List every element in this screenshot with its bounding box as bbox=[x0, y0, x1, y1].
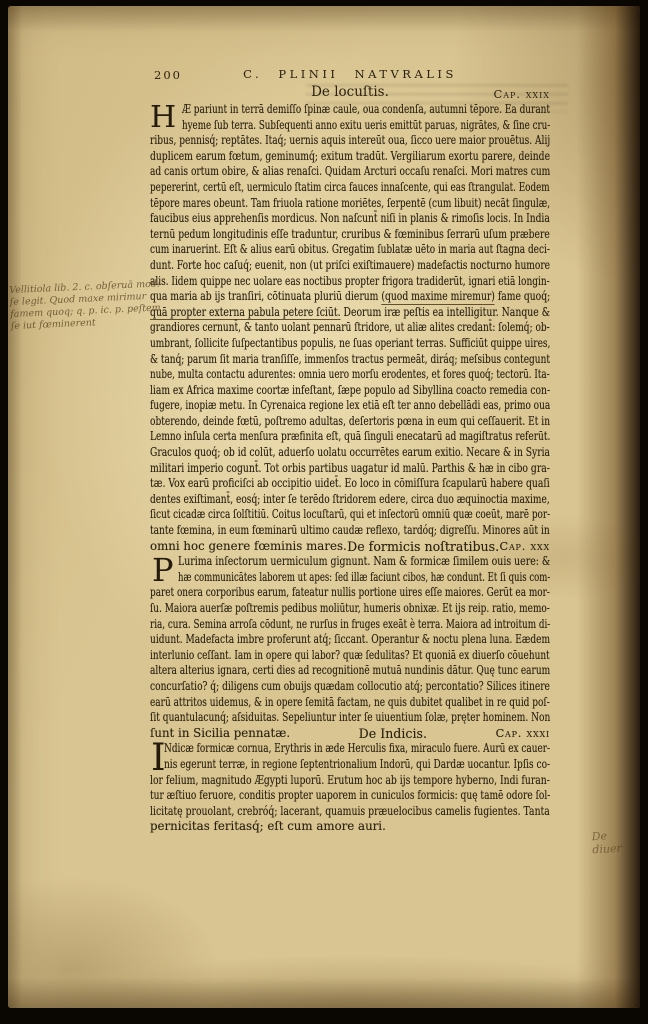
dropcap-initial: P bbox=[152, 555, 174, 585]
catchword: De diuer bbox=[591, 828, 640, 856]
text-line: faucibus eius apprehenſis mordicus. Non … bbox=[150, 211, 550, 227]
text-line: concurſatio? q́; diligens cum obuijs quæ… bbox=[150, 679, 550, 695]
tail-text: pernicitas feritasq́; eſt cum amore auri… bbox=[150, 819, 386, 835]
text-line: Lurima inſectorum uermiculum gignunt. Na… bbox=[150, 554, 550, 570]
text-line-content: fugere, inopiæ metu. In Cyrenaica region… bbox=[150, 398, 550, 414]
text-line-content: Lurima inſectorum uermiculum gignunt. Na… bbox=[178, 554, 550, 570]
text-line-content: paret onera corporibus earum, fateatur n… bbox=[150, 585, 550, 601]
text-line: lor felium, magnitudo Ægypti luporū. Eru… bbox=[150, 773, 550, 789]
chapter-number: Cap. xxx bbox=[500, 539, 550, 555]
text-line: hyeme ſub terra. Subſequenti anno exitu … bbox=[150, 118, 550, 134]
text-block: 200 C. PLINII NATVRALIS De locuſtis. Cap… bbox=[150, 64, 550, 835]
text-line-content: nube, multa contactu adurentes: omnia ue… bbox=[150, 367, 550, 383]
text-line-content: dunt. Forte hoc caſuq́; euenit, non (ut … bbox=[150, 258, 550, 274]
section-heading bbox=[386, 819, 550, 835]
text-line: tæ. Vox earū proficiſci ab occipitio uid… bbox=[150, 476, 550, 492]
text-line: interlunio ceſſant. Iam in opere qui lab… bbox=[150, 648, 550, 664]
text-line-content: grandiores cernunt̄, & tanto uolant penn… bbox=[150, 320, 550, 336]
scanned-book-page: 200 C. PLINII NATVRALIS De locuſtis. Cap… bbox=[0, 0, 648, 1024]
text-line-content: dentes exiſtimant̄, eosq́; inter ſe terē… bbox=[150, 492, 550, 508]
section-heading: De Indicis. bbox=[290, 726, 495, 742]
dropcap-initial: H bbox=[150, 103, 176, 133]
tail-text: omni hoc genere fœminis mares. bbox=[150, 539, 347, 555]
text-line-content: ſicut cicadæ circa ſolſtitiū. Coitus loc… bbox=[150, 507, 550, 523]
text-line-content: ad canis ortum obire, & alias renaſci. Q… bbox=[150, 164, 550, 180]
text-line: & tanq́; parum ſit maria tranſiſſe, imme… bbox=[150, 352, 550, 368]
text-line: grandiores cernunt̄, & tanto uolant penn… bbox=[150, 320, 550, 336]
paragraph: PLurima inſectorum uermiculum gignunt. N… bbox=[150, 554, 550, 741]
text-line: qua maria ab ijs tranſiri, cōtinuata plu… bbox=[150, 289, 550, 305]
text-line-content: qua maria ab ijs tranſiri, cōtinuata plu… bbox=[150, 289, 550, 305]
paragraph: HÆ pariunt in terrā demiſſo ſpinæ caule,… bbox=[150, 102, 550, 554]
text-line: Ndicæ formicæ cornua, Erythris in æde He… bbox=[150, 741, 550, 757]
section-tail-line: pernicitas feritasq́; eſt cum amore auri… bbox=[150, 819, 550, 835]
text-line-content: interlunio ceſſant. Iam in opere qui lab… bbox=[150, 648, 550, 664]
text-line: tante fœmina, in eum fœminarū ultimo cau… bbox=[150, 523, 550, 539]
text-line: Æ pariunt in terrā demiſſo ſpinæ caule, … bbox=[150, 102, 550, 118]
text-line: licitatę prouolant, crebróq́; lacerant, … bbox=[150, 804, 550, 820]
text-line-content: licitatę prouolant, crebróq́; lacerant, … bbox=[150, 804, 550, 820]
text-line: hæ communicātes laborem ut apes: ſed ill… bbox=[150, 570, 550, 586]
text-line-content: ſit quantulacunq́; aſsiduitas. Sepeliunt… bbox=[150, 710, 550, 726]
text-line-content: hyeme ſub terra. Subſequenti anno exitu … bbox=[182, 118, 550, 134]
page-number: 200 bbox=[154, 68, 182, 82]
text-line-content: Lemno inſula certa menſura præfinita eſt… bbox=[150, 429, 550, 445]
text-line: ſicut cicadæ circa ſolſtitiū. Coitus loc… bbox=[150, 507, 550, 523]
text-line: nis egerunt terræ, in regione ſeptentrio… bbox=[150, 757, 550, 773]
section-heading: De locuſtis. bbox=[311, 84, 389, 100]
text-line-content: earū attritos uidemus, & in opere ſemitā… bbox=[150, 695, 550, 711]
text-line: quā propter externa pabula petere ſciūt.… bbox=[150, 305, 550, 321]
text-line: liam ex Africa maxime coortæ infeſtant, … bbox=[150, 383, 550, 399]
text-line: uidunt. Madefacta imbre proferunt atq́; … bbox=[150, 632, 550, 648]
text-line-content: militari imperio cogunt̄. Tot orbis part… bbox=[150, 461, 550, 477]
text-line-content: alis. Iidem quippe nec uolare eas noctib… bbox=[150, 274, 550, 290]
paragraph: INdicæ formicæ cornua, Erythris in æde H… bbox=[150, 741, 550, 835]
text-line: obterendo, deinde fœtū, poſtremo adultas… bbox=[150, 414, 550, 430]
hand-underlined-phrase: (quod maxime miremur) bbox=[381, 289, 495, 305]
section-tail-line: omni hoc genere fœminis mares.De formici… bbox=[150, 539, 550, 555]
page: 200 C. PLINII NATVRALIS De locuſtis. Cap… bbox=[8, 6, 640, 1008]
text-line-content: duplicem earum fœtum, geminumq́; exitum … bbox=[150, 149, 550, 165]
text-line: ternū pedum longitudinis eſſe traduntur,… bbox=[150, 227, 550, 243]
text-line: ſu. Maiora auerſæ poſtremis pedibus moli… bbox=[150, 601, 550, 617]
text-line-content: uidunt. Madefacta imbre proferunt atq́; … bbox=[150, 632, 550, 648]
page-header: 200 C. PLINII NATVRALIS bbox=[150, 64, 550, 84]
text-line: ſit quantulacunq́; aſsiduitas. Sepeliunt… bbox=[150, 710, 550, 726]
text-line: ad canis ortum obire, & alias renaſci. Q… bbox=[150, 164, 550, 180]
text-line-content: pepererint, certū eſt, uermiculo ſtatim … bbox=[150, 180, 550, 196]
dropcap-initial: I bbox=[151, 741, 166, 774]
text-line: pepererint, certū eſt, uermiculo ſtatim … bbox=[150, 180, 550, 196]
text-paragraphs: HÆ pariunt in terrā demiſſo ſpinæ caule,… bbox=[150, 102, 550, 835]
text-line: ria, cura. Semina arroſa cōdunt, ne rurſ… bbox=[150, 617, 550, 633]
text-line-content: hæ communicātes laborem ut apes: ſed ill… bbox=[178, 570, 550, 586]
text-line: militari imperio cogunt̄. Tot orbis part… bbox=[150, 461, 550, 477]
text-line-content: Æ pariunt in terrā demiſſo ſpinæ caule, … bbox=[182, 102, 550, 118]
hand-underlined-phrase: quā propter externa pabula petere ſciūt. bbox=[150, 305, 341, 321]
text-line: dunt. Forte hoc caſuq́; euenit, non (ut … bbox=[150, 258, 550, 274]
text-line-content: liam ex Africa maxime coortæ infeſtant, … bbox=[150, 383, 550, 399]
text-line-content: concurſatio? q́; diligens cum obuijs quæ… bbox=[150, 679, 550, 695]
text-line-content: umbrant, ſollicite ſuſpectantibus populi… bbox=[150, 336, 550, 352]
text-line-content: tante fœmina, in eum fœminarū ultimo cau… bbox=[150, 523, 550, 539]
text-line-content: tur æſtiuo feruore, conditis propter uap… bbox=[150, 788, 550, 804]
text-line: dentes exiſtimant̄, eosq́; inter ſe terē… bbox=[150, 492, 550, 508]
text-line: tur æſtiuo feruore, conditis propter uap… bbox=[150, 788, 550, 804]
text-line: altera alterius ignara, certi dies ad re… bbox=[150, 663, 550, 679]
section-tail-line: ſunt in Sicilia pennatæ.De Indicis.Cap. … bbox=[150, 726, 550, 742]
text-line-content: Ndicæ formicæ cornua, Erythris in æde He… bbox=[164, 741, 550, 757]
running-title: C. PLINII NATVRALIS bbox=[150, 64, 550, 81]
text-line-content: cum inaruerint. Eſt & alius earū obitus.… bbox=[150, 242, 550, 258]
text-line-content: obterendo, deinde fœtū, poſtremo adultas… bbox=[150, 414, 550, 430]
text-line: Graculos quoq́; ob id colūt, aduerſo uol… bbox=[150, 445, 550, 461]
text-line-content: ria, cura. Semina arroſa cōdunt, ne rurſ… bbox=[150, 617, 550, 633]
text-line-content: tæ. Vox earū proficiſci ab occipitio uid… bbox=[150, 476, 550, 492]
text-line: umbrant, ſollicite ſuſpectantibus populi… bbox=[150, 336, 550, 352]
text-line: duplicem earum fœtum, geminumq́; exitum … bbox=[150, 149, 550, 165]
text-line-content: lor felium, magnitudo Ægypti luporū. Eru… bbox=[150, 773, 550, 789]
text-line-content: faucibus eius apprehenſis mordicus. Non … bbox=[150, 211, 550, 227]
text-line: paret onera corporibus earum, fateatur n… bbox=[150, 585, 550, 601]
text-line-content: Graculos quoq́; ob id colūt, aduerſo uol… bbox=[150, 445, 550, 461]
text-line: fugere, inopiæ metu. In Cyrenaica region… bbox=[150, 398, 550, 414]
tail-text: ſunt in Sicilia pennatæ. bbox=[150, 726, 290, 742]
chapter-number: Cap. xxix bbox=[493, 87, 550, 101]
text-line-content: nis egerunt terræ, in regione ſeptentrio… bbox=[164, 757, 550, 773]
text-line: Lemno inſula certa menſura præfinita eſt… bbox=[150, 429, 550, 445]
text-line-content: ſu. Maiora auerſæ poſtremis pedibus moli… bbox=[150, 601, 550, 617]
chapter-number: Cap. xxxi bbox=[496, 726, 550, 742]
text-line: nube, multa contactu adurentes: omnia ue… bbox=[150, 367, 550, 383]
text-line-content: ternū pedum longitudinis eſſe traduntur,… bbox=[150, 227, 550, 243]
text-line-content: tēpore mares obeunt. Tam friuola ratione… bbox=[150, 196, 550, 212]
text-line-content: & tanq́; parum ſit maria tranſiſſe, imme… bbox=[150, 352, 550, 368]
text-line-content: quā propter externa pabula petere ſciūt.… bbox=[150, 305, 550, 321]
text-line: cum inaruerint. Eſt & alius earū obitus.… bbox=[150, 242, 550, 258]
text-line: earū attritos uidemus, & in opere ſemitā… bbox=[150, 695, 550, 711]
text-line: alis. Iidem quippe nec uolare eas noctib… bbox=[150, 274, 550, 290]
section-heading-row: De locuſtis. Cap. xxix bbox=[150, 84, 550, 102]
text-line-content: altera alterius ignara, certi dies ad re… bbox=[150, 663, 550, 679]
text-line-content: ribus, pennisq́; reptātes. Itaq́; uernis… bbox=[150, 133, 550, 149]
marginalia-note: Vellitiola lib. 2. c. obſeruā mod:ſe leg… bbox=[9, 279, 149, 333]
section-heading: De formicis noſtratibus. bbox=[347, 539, 500, 555]
text-line: tēpore mares obeunt. Tam friuola ratione… bbox=[150, 196, 550, 212]
text-line: ribus, pennisq́; reptātes. Itaq́; uernis… bbox=[150, 133, 550, 149]
